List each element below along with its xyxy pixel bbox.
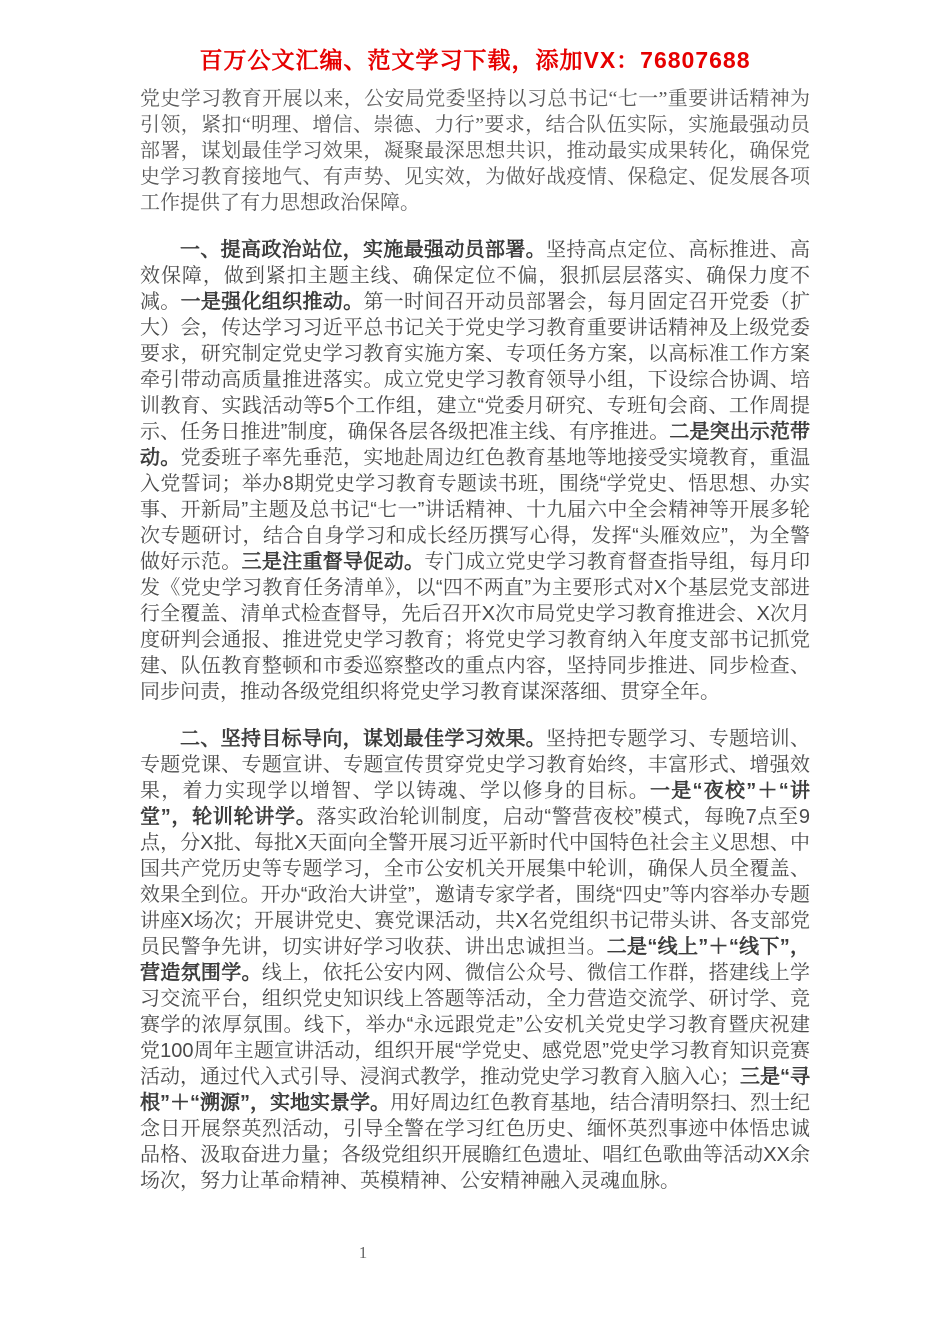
bold-run: 一是强化组织推动。 bbox=[181, 291, 364, 313]
document-page: 百万公文汇编、范文学习下载，添加VX：76807688 党史学习教育开展以来，公… bbox=[0, 0, 950, 1344]
intro-paragraph: 党史学习教育开展以来，公安局党委坚持以习总书记“七一”重要讲话精神为引领，紧扣“… bbox=[140, 86, 810, 216]
page-number: 1 bbox=[352, 1243, 374, 1263]
section-paragraph-1: 一、提高政治站位，实施最强动员部署。坚持高点定位、高标推进、高效保障，做到紧扣主… bbox=[140, 237, 810, 705]
header-notice: 百万公文汇编、范文学习下载，添加VX：76807688 bbox=[0, 42, 950, 75]
section-paragraph-2: 二、坚持目标导向，谋划最佳学习效果。坚持把专题学习、专题培训、专题党课、专题宣讲… bbox=[140, 726, 810, 1194]
text-run: 党史学习教育开展以来，公安局党委坚持以习总书记“七一”重要讲话精神为引领，紧扣“… bbox=[140, 88, 810, 214]
document-body: 党史学习教育开展以来，公安局党委坚持以习总书记“七一”重要讲话精神为引领，紧扣“… bbox=[140, 86, 810, 1194]
text-run: 专门成立党史学习教育督查指导组，每月印发《党史学习教育任务清单》，以“四不两直”… bbox=[140, 551, 810, 703]
bold-run: 二、坚持目标导向，谋划最佳学习效果。 bbox=[180, 728, 546, 750]
bold-run: 一、提高政治站位，实施最强动员部署。 bbox=[180, 239, 546, 261]
bold-run: 三是注重督导促动。 bbox=[242, 551, 425, 573]
